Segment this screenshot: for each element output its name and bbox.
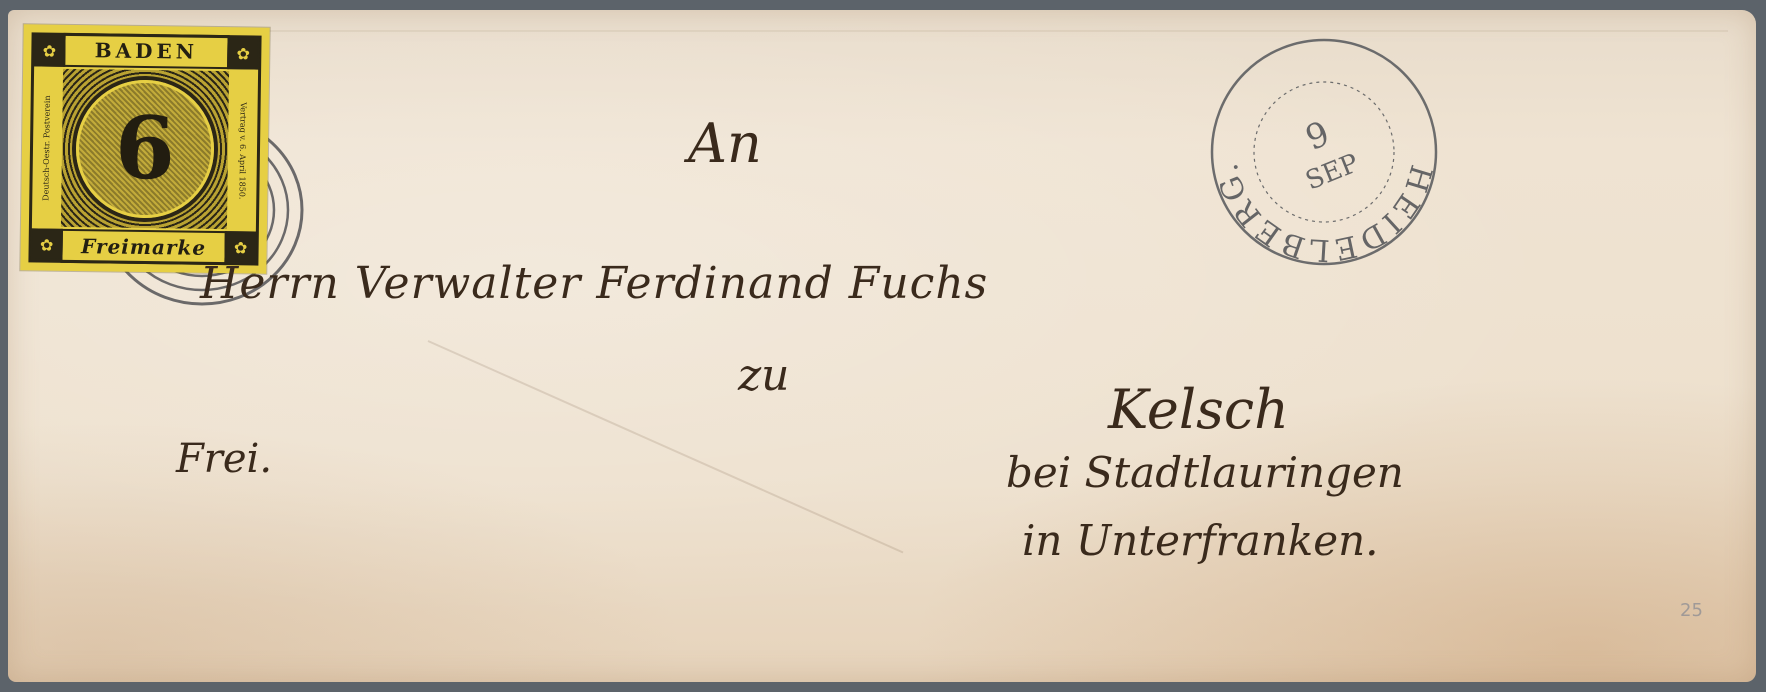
svg-text:SEP: SEP bbox=[1301, 148, 1363, 196]
stamp-value: 6 bbox=[114, 106, 175, 193]
stamp: ✿ ✿ ✿ ✿ BADEN Deutsch-Oestr. Postverein … bbox=[20, 24, 269, 273]
postmark: HEIDELBERG. 9 SEP bbox=[1208, 36, 1440, 268]
destination-region: in Unterfranken. bbox=[1022, 516, 1379, 565]
pencil-annotation: 25 bbox=[1680, 600, 1703, 621]
svg-text:9: 9 bbox=[1300, 114, 1335, 159]
franco-note: Frei. bbox=[176, 436, 272, 482]
destination-town: Kelsch bbox=[1108, 378, 1289, 441]
stamp-side-right: Vertrag v. 6. April 1850. bbox=[229, 73, 257, 227]
destination-district: bei Stadtlauringen bbox=[1006, 448, 1404, 497]
paper-crease bbox=[48, 30, 1728, 32]
paper-crease bbox=[428, 340, 904, 553]
stamp-side-left: Deutsch-Oestr. Postverein bbox=[33, 70, 61, 224]
salutation-text: An bbox=[688, 112, 762, 175]
stamp-country: BADEN bbox=[63, 33, 229, 69]
preposition-text: zu bbox=[738, 350, 790, 401]
addressee-name: Herrn Verwalter Ferdinand Fuchs bbox=[200, 258, 988, 309]
stamp-medallion: 6 bbox=[75, 79, 215, 219]
corner-rosette-icon: ✿ bbox=[33, 34, 65, 66]
stamp-center: 6 bbox=[61, 69, 229, 229]
corner-rosette-icon: ✿ bbox=[227, 37, 259, 69]
corner-rosette-icon: ✿ bbox=[30, 228, 62, 260]
envelope bbox=[8, 10, 1756, 682]
